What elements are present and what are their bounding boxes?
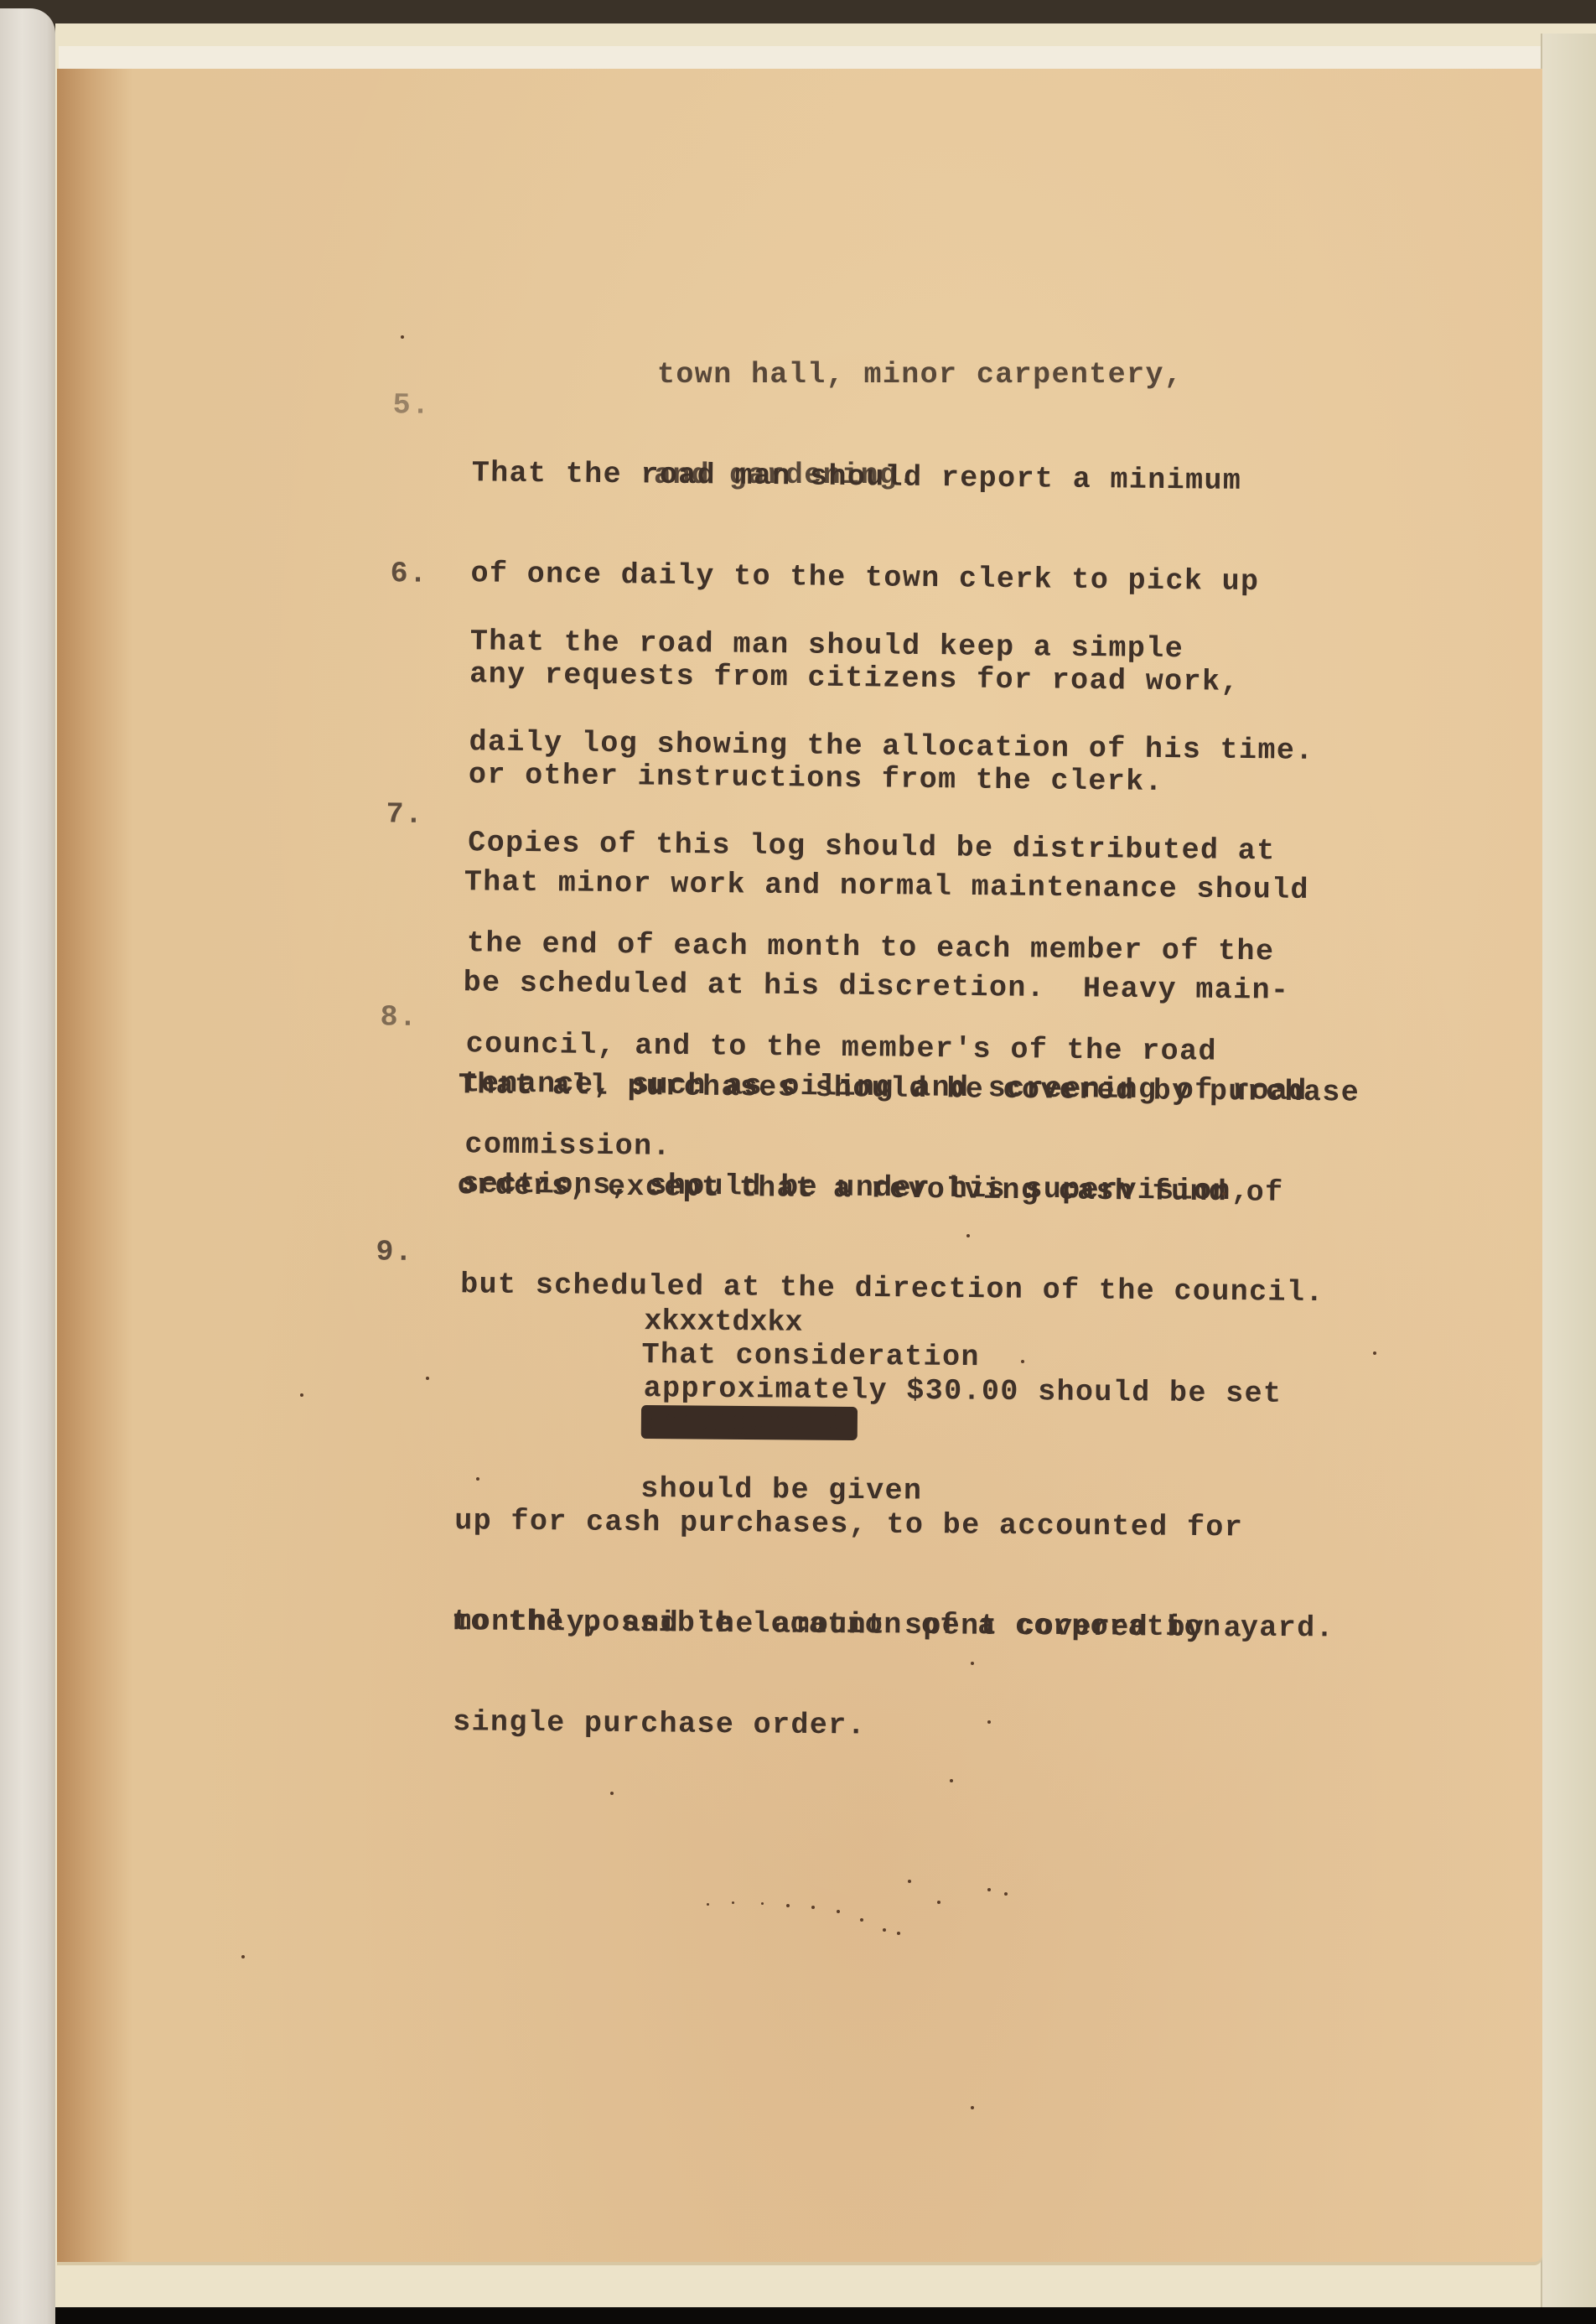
item-line: daily log showing the allocation of his … <box>469 725 1314 768</box>
item-line-end: should be given <box>640 1472 922 1508</box>
ink-speck <box>971 1662 974 1665</box>
list-item-5: 5. That the road man should report a min… <box>391 388 505 523</box>
mount-top-strip <box>59 46 1542 70</box>
ink-speck <box>860 1918 863 1922</box>
ink-speck <box>732 1901 734 1904</box>
list-item-9: 9. That consideration arrangements shoul… <box>375 1235 489 1370</box>
item-number: 9. <box>376 1235 413 1268</box>
ink-speck <box>761 1902 764 1905</box>
ink-speck <box>950 1779 953 1782</box>
item-line: That the road man should keep a simple <box>470 625 1316 667</box>
ink-speck <box>837 1910 840 1913</box>
page-text: town hall, minor carpentery, and gardeni… <box>57 69 1542 2265</box>
list-item-6: 6. That the road man should keep a simpl… <box>389 557 503 692</box>
ink-speck <box>476 1477 479 1481</box>
item-number: 7. <box>386 797 423 831</box>
list-item-8: 8. That all purchases should be covered … <box>379 1000 493 1135</box>
ink-speck <box>1222 1192 1225 1196</box>
typed-page: town hall, minor carpentery, and gardeni… <box>57 69 1542 2265</box>
book-binding <box>0 8 55 2324</box>
ink-speck <box>1004 1892 1008 1896</box>
item-number: 5. <box>392 388 430 422</box>
ink-speck <box>971 2106 974 2109</box>
mount-right-sheet <box>1541 34 1596 2307</box>
ink-speck <box>987 1720 991 1724</box>
backdrop-bottom <box>0 2307 1596 2324</box>
ink-speck <box>883 1928 886 1932</box>
item-line: orders, except that a revolving cash fun… <box>458 1169 1360 1210</box>
item-line: to the possible location of a corporatio… <box>452 1605 1334 1645</box>
item-line: That minor work and normal maintenance s… <box>464 865 1329 907</box>
ink-speck <box>987 1888 991 1891</box>
item-line: That the road man should report a minimu… <box>472 456 1261 498</box>
ink-speck <box>707 1903 709 1906</box>
ink-speck <box>1373 1351 1376 1355</box>
ink-speck <box>908 1880 911 1883</box>
ink-speck <box>937 1901 940 1904</box>
item-number: 6. <box>390 557 427 590</box>
ink-speck <box>966 1234 970 1237</box>
continuation-line: town hall, minor carpentery, <box>657 358 1183 392</box>
struck-out-word: arrangements <box>641 1405 858 1440</box>
item-body: That consideration arrangements should b… <box>451 1236 1337 1712</box>
item-line-start: That consideration <box>641 1338 980 1374</box>
ink-speck <box>610 1792 614 1795</box>
ink-speck <box>241 1955 245 1958</box>
ink-speck <box>401 335 404 339</box>
ink-speck <box>1021 1360 1024 1363</box>
list-item-7: 7. That minor work and normal maintenanc… <box>385 797 499 932</box>
ink-speck <box>300 1393 303 1397</box>
ink-speck <box>426 1377 429 1380</box>
ink-speck <box>897 1932 900 1935</box>
ink-speck <box>811 1906 815 1909</box>
item-number: 8. <box>380 1000 417 1034</box>
ink-speck <box>786 1904 790 1907</box>
item-line: That all purchases should be covered by … <box>459 1068 1360 1109</box>
item-line: single purchase order. <box>453 1705 1355 1746</box>
item-line: That consideration arrangements should b… <box>453 1303 1337 1544</box>
